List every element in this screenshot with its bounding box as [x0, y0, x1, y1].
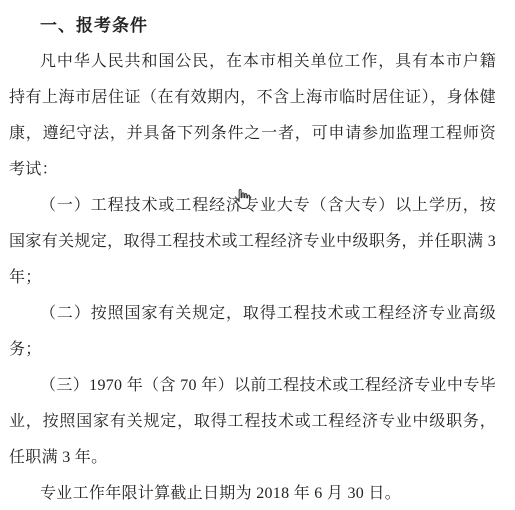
paragraph-line: 国家有关规定，取得工程技术或工程经济专业中级职务，并任职满 3: [9, 224, 496, 260]
document-page: 一、报考条件 凡中华人民共和国公民，在本市相关单位工作，具有本市户籍或 持有上海…: [0, 0, 515, 510]
paragraph-line: 业，按照国家有关规定，取得工程技术或工程经济专业中级职务，并: [9, 404, 496, 440]
section-heading: 一、报考条件: [9, 8, 496, 44]
paragraph-line: 凡中华人民共和国公民，在本市相关单位工作，具有本市户籍或: [9, 44, 496, 80]
paragraph-line: （一）工程技术或工程经济专业大专（含大专）以上学历，按照: [9, 188, 496, 224]
paragraph-line: 考试：: [9, 152, 496, 188]
paragraph-line: 年；: [9, 260, 496, 296]
paragraph-line: 专业工作年限计算截止日期为 2018 年 6 月 30 日。: [9, 476, 496, 510]
paragraph-line: 持有上海市居住证（在有效期内，不含上海市临时居住证），身体健: [9, 80, 496, 116]
paragraph-line: 务；: [9, 332, 496, 368]
paragraph-line: 康，遵纪守法，并具备下列条件之一者，可申请参加监理工程师资格: [9, 116, 496, 152]
paragraph-line: （三）1970 年（含 70 年）以前工程技术或工程经济专业中专毕: [9, 368, 496, 404]
paragraph-line: 任职满 3 年。: [9, 440, 496, 476]
paragraph-line: （二）按照国家有关规定，取得工程技术或工程经济专业高级职: [9, 296, 496, 332]
